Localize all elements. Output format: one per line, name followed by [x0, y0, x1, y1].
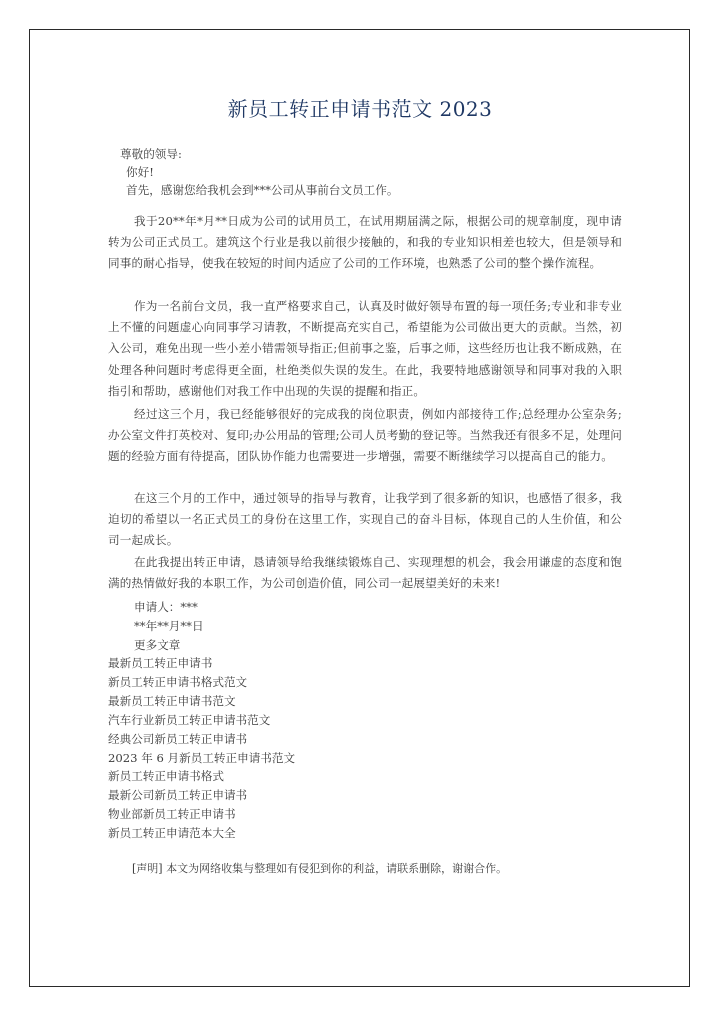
article-link[interactable]: 汽车行业新员工转正申请书范文: [108, 711, 295, 730]
article-link[interactable]: 最新员工转正申请书: [108, 654, 295, 673]
copyright-notice: [声明] 本文为网络收集与整理如有侵犯到你的利益，请联系删除，谢谢合作。: [132, 860, 507, 876]
applicant-line: 申请人：***: [134, 599, 198, 615]
article-link[interactable]: 最新公司新员工转正申请书: [108, 786, 295, 805]
paragraph-3: 经过这三个月，我已经能够很好的完成我的岗位职责，例如内部接待工作;总经理办公室杂…: [108, 404, 622, 468]
salutation: 尊敬的领导:: [120, 146, 182, 162]
greeting: 你好!: [126, 164, 154, 180]
article-link[interactable]: 新员工转正申请书格式范文: [108, 673, 295, 692]
article-link[interactable]: 新员工转正申请范本大全: [108, 824, 295, 843]
article-link[interactable]: 新员工转正申请书格式: [108, 767, 295, 786]
paragraph-2: 作为一名前台文员，我一直严格要求自己，认真及时做好领导布置的每一项任务;专业和非…: [108, 296, 622, 402]
article-link[interactable]: 最新员工转正申请书范文: [108, 692, 295, 711]
date-line: **年**月**日: [134, 618, 204, 634]
article-link[interactable]: 经典公司新员工转正申请书: [108, 730, 295, 749]
more-articles-label: 更多文章: [134, 637, 180, 653]
paragraph-4: 在这三个月的工作中，通过领导的指导与教育，让我学到了很多新的知识，也感悟了很多，…: [108, 488, 622, 552]
article-link[interactable]: 2023 年 6 月新员工转正申请书范文: [108, 749, 295, 768]
intro-line: 首先，感谢您给我机会到***公司从事前台文员工作。: [126, 182, 398, 198]
paragraph-5: 在此我提出转正申请，恳请领导给我继续锻炼自己、实现理想的机会，我会用谦虚的态度和…: [108, 552, 622, 594]
paragraph-1: 我于20**年*月**日成为公司的试用员工，在试用期届满之际，根据公司的规章制度…: [108, 211, 622, 275]
document-title: 新员工转正申请书范文 2023: [0, 93, 720, 122]
more-articles-list: 最新员工转正申请书 新员工转正申请书格式范文 最新员工转正申请书范文 汽车行业新…: [108, 654, 295, 843]
article-link[interactable]: 物业部新员工转正申请书: [108, 805, 295, 824]
